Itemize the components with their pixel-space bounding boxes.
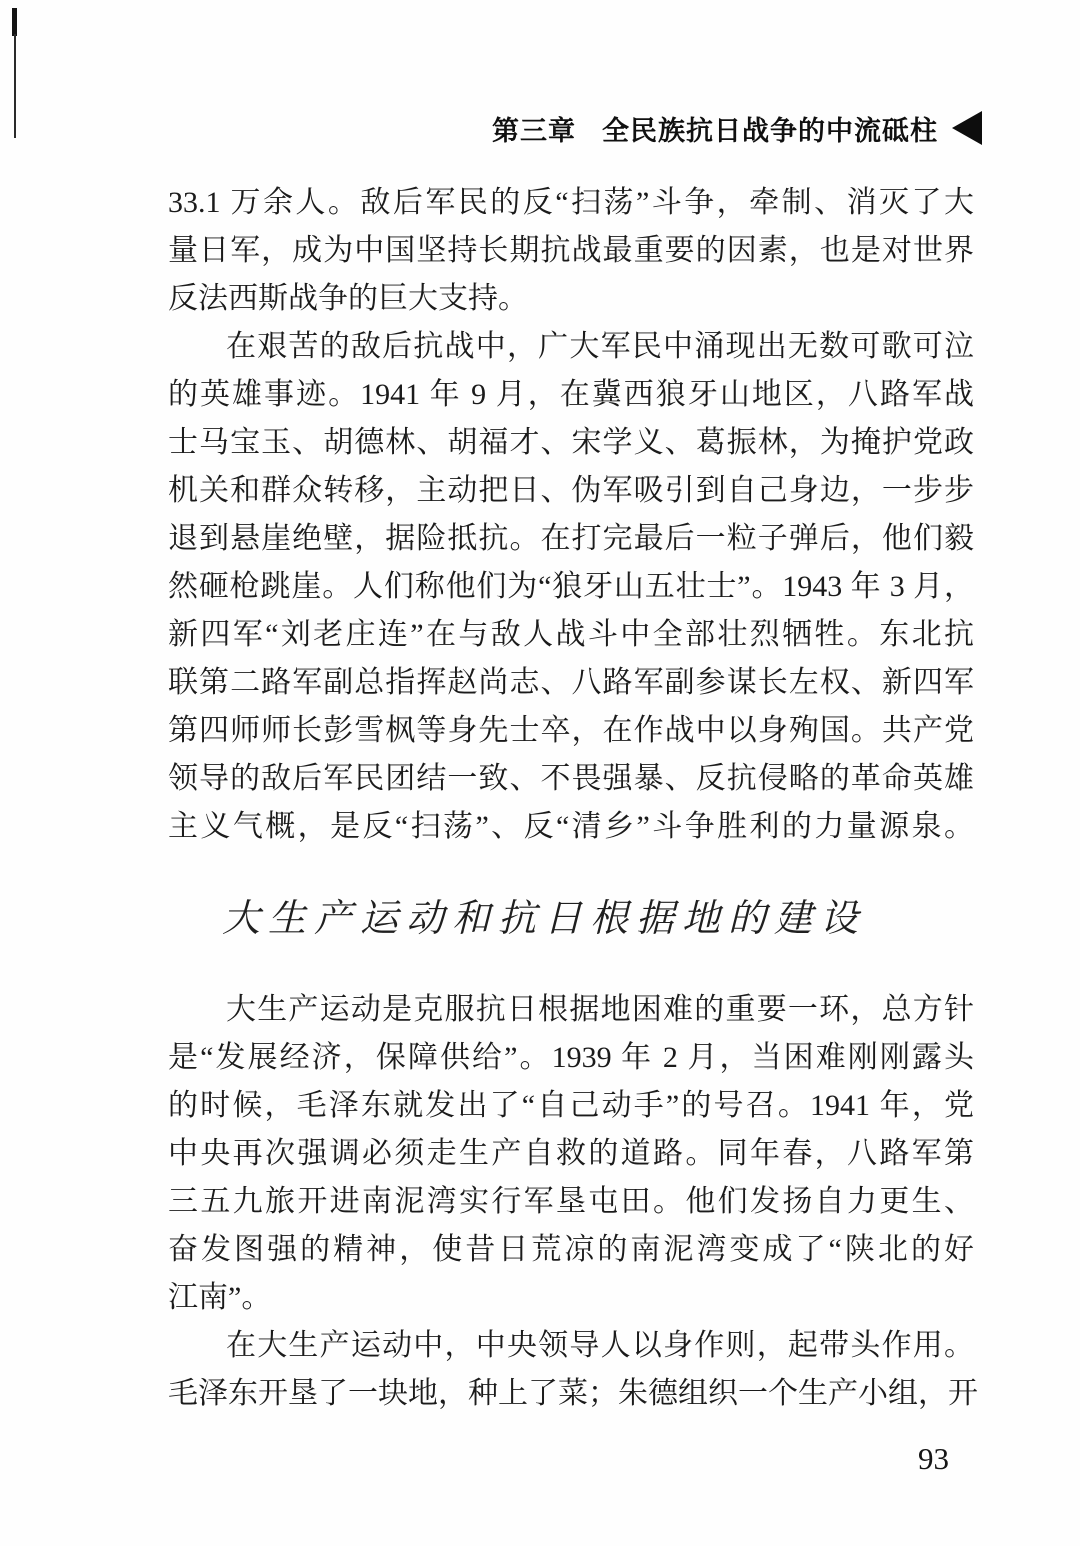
text-line: 退到悬崖绝壁，据险抵抗。在打完最后一粒子弹后，他们毅 <box>168 515 974 563</box>
text-line: 主义气概，是反“扫荡”、反“清乡”斗争胜利的力量源泉。 <box>168 803 974 851</box>
text-line: 反法西斯战争的巨大支持。 <box>168 275 974 323</box>
text-line: 的英雄事迹。1941 年 9 月，在冀西狼牙山地区，八路军战 <box>168 371 974 419</box>
text-line: 奋发图强的精神，使昔日荒凉的南泥湾变成了“陕北的好 <box>168 1226 974 1274</box>
text-line: 机关和群众转移，主动把日、伪军吸引到自己身边，一步步 <box>168 467 974 515</box>
left-triangle-icon <box>952 111 982 145</box>
text-line: 毛泽东开垦了一块地，种上了菜；朱德组织一个生产小组，开 <box>168 1370 974 1418</box>
paragraph-leaders: 在大生产运动中，中央领导人以身作则，起带头作用。 毛泽东开垦了一块地，种上了菜；… <box>168 1322 974 1418</box>
page-number: 93 <box>918 1437 949 1481</box>
text-line: 量日军，成为中国坚持长期抗战最重要的因素，也是对世界 <box>168 227 974 275</box>
text-line: 大生产运动是克服抗日根据地困难的重要一环，总方针 <box>168 986 974 1034</box>
chapter-title: 全民族抗日战争的中流砥柱 <box>602 109 938 148</box>
text-line: 士马宝玉、胡德林、胡福才、宋学义、葛振林，为掩护党政 <box>168 419 974 467</box>
text-line: 江南”。 <box>168 1274 974 1322</box>
section-heading: 大生产运动和抗日根据地的建设 <box>168 891 974 947</box>
paragraph-heroes: 在艰苦的敌后抗战中，广大军民中涌现出无数可歌可泣 的英雄事迹。1941 年 9 … <box>168 323 974 851</box>
paragraph-production-campaign: 大生产运动是克服抗日根据地困难的重要一环，总方针 是“发展经济，保障供给”。19… <box>168 986 974 1322</box>
text-line: 三五九旅开进南泥湾实行军垦屯田。他们发扬自力更生、 <box>168 1178 974 1226</box>
text-line: 然砸枪跳崖。人们称他们为“狼牙山五壮士”。1943 年 3 月， <box>168 563 974 611</box>
text-line: 第四师师长彭雪枫等身先士卒，在作战中以身殉国。共产党 <box>168 707 974 755</box>
scan-artifact-line <box>14 34 16 138</box>
text-line: 中央再次强调必须走生产自救的道路。同年春，八路军第 <box>168 1130 974 1178</box>
text-line: 是“发展经济，保障供给”。1939 年 2 月，当困难刚刚露头 <box>168 1034 974 1082</box>
paragraph-continuation: 33.1 万余人。敌后军民的反“扫荡”斗争，牵制、消灭了大 量日军，成为中国坚持… <box>168 179 974 323</box>
page-text-column: 33.1 万余人。敌后军民的反“扫荡”斗争，牵制、消灭了大 量日军，成为中国坚持… <box>168 179 974 1418</box>
text-line: 联第二路军副总指挥赵尚志、八路军副参谋长左权、新四军 <box>168 659 974 707</box>
text-line: 的时候，毛泽东就发出了“自己动手”的号召。1941 年，党 <box>168 1082 974 1130</box>
chapter-number: 第三章 <box>492 109 576 148</box>
text-line: 在艰苦的敌后抗战中，广大军民中涌现出无数可歌可泣 <box>168 323 974 371</box>
book-page: 第三章 全民族抗日战争的中流砥柱 33.1 万余人。敌后军民的反“扫荡”斗争，牵… <box>0 0 1080 1546</box>
scan-artifact-line <box>12 8 17 36</box>
text-line: 在大生产运动中，中央领导人以身作则，起带头作用。 <box>168 1322 974 1370</box>
running-header: 第三章 全民族抗日战争的中流砥柱 <box>492 106 982 150</box>
text-line: 新四军“刘老庄连”在与敌人战斗中全部壮烈牺牲。东北抗 <box>168 611 974 659</box>
text-line: 领导的敌后军民团结一致、不畏强暴、反抗侵略的革命英雄 <box>168 755 974 803</box>
text-line: 33.1 万余人。敌后军民的反“扫荡”斗争，牵制、消灭了大 <box>168 179 974 227</box>
